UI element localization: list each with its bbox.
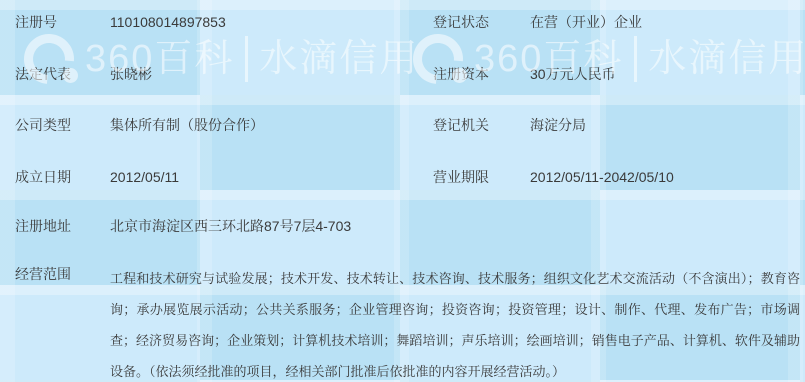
field-label: 成立日期 bbox=[15, 169, 71, 186]
watermark-product: 水滴信用 bbox=[648, 34, 805, 84]
field-value: 集体所有制（股份合作） bbox=[110, 117, 264, 134]
field-label: 注册号 bbox=[15, 14, 57, 31]
field-value: 110108014897853 bbox=[110, 14, 226, 31]
ring-icon bbox=[14, 24, 84, 94]
field-label: 登记机关 bbox=[433, 117, 489, 134]
ring-icon bbox=[403, 24, 473, 94]
field-value: 2012/05/11 bbox=[110, 169, 179, 186]
field-label: 经营范围 bbox=[15, 266, 71, 283]
company-registration-info-panel: 注册号 110108014897853 法定代表 张晓彬 公司类型 集体所有制（… bbox=[0, 0, 805, 382]
field-label: 注册资本 bbox=[433, 66, 489, 83]
field-label: 法定代表 bbox=[15, 66, 71, 83]
field-label: 营业期限 bbox=[433, 169, 489, 186]
field-value: 张晓彬 bbox=[110, 66, 152, 83]
watermark-divider bbox=[634, 36, 637, 82]
watermark-brand: 360百科 bbox=[85, 34, 234, 84]
watermark-product: 水滴信用 bbox=[259, 34, 419, 84]
field-label: 注册地址 bbox=[15, 218, 71, 235]
watermark-left: 360百科 水滴信用 bbox=[24, 31, 419, 87]
field-value: 在营（开业）企业 bbox=[530, 14, 642, 31]
field-value: 30万元人民币 bbox=[530, 66, 616, 83]
field-value: 2012/05/11-2042/05/10 bbox=[530, 169, 674, 186]
business-scope-text: 工程和技术研究与试验发展；技术开发、技术转让、技术咨询、技术服务；组织文化艺术交… bbox=[110, 263, 800, 382]
field-label: 登记状态 bbox=[433, 14, 489, 31]
field-value: 北京市海淀区西三环北路87号7层4-703 bbox=[110, 218, 351, 235]
watermark-divider bbox=[245, 36, 248, 82]
field-value: 海淀分局 bbox=[530, 117, 586, 134]
field-label: 公司类型 bbox=[15, 117, 71, 134]
